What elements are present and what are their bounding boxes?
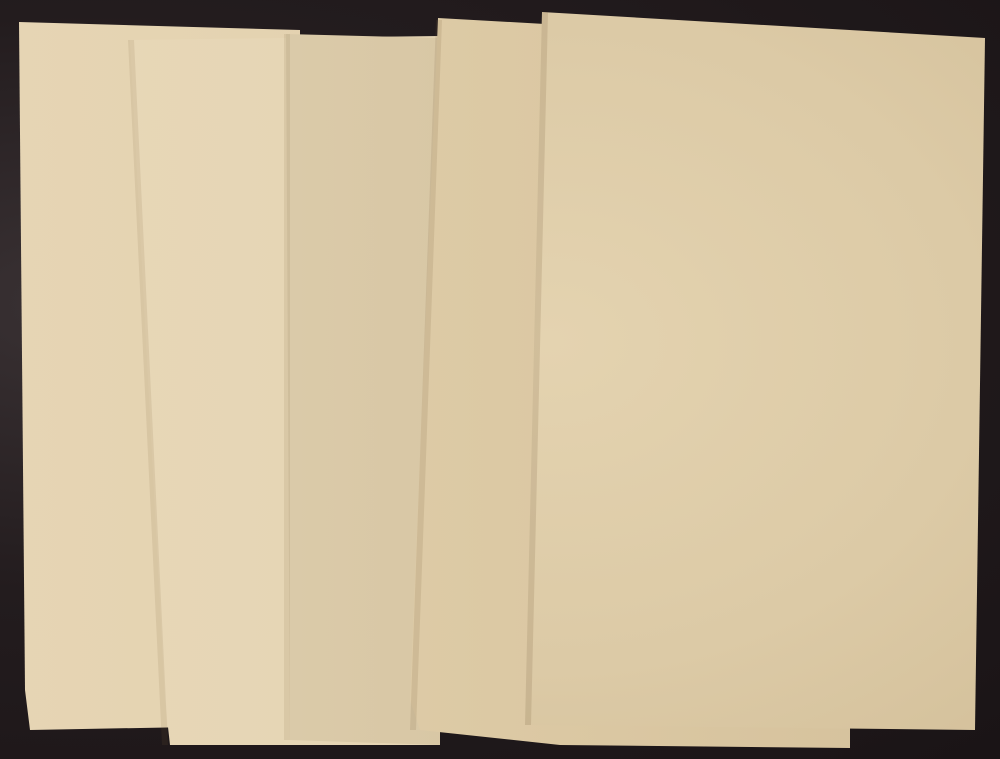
photo-scene xyxy=(0,0,1000,759)
